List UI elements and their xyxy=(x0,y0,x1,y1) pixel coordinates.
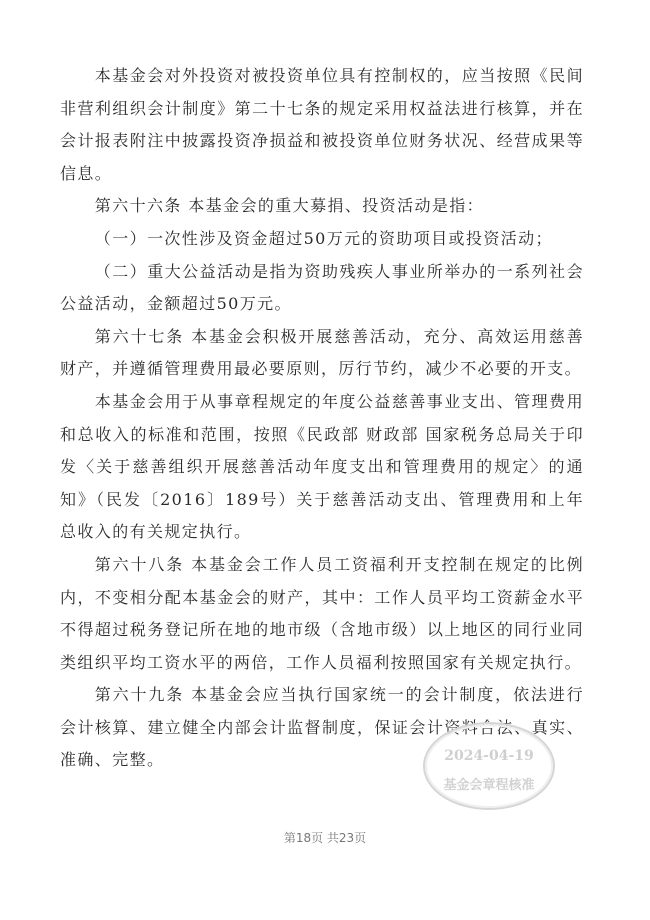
paragraph-article-67: 第六十七条 本基金会积极开展慈善活动，充分、高效运用慈善财产，并遵循管理费用最必… xyxy=(60,321,584,386)
page-indicator: 第18页 共23页 xyxy=(0,829,650,846)
stamp-date: 2024-04-19 xyxy=(425,748,553,764)
stamp-label: 基金会章程核准 xyxy=(425,774,553,793)
paragraph-equity-method: 本基金会对外投资对被投资单位具有控制权的，应当按照《民间非营利组织会计制度》第二… xyxy=(60,60,584,190)
paragraph-article-66: 第六十六条 本基金会的重大募捐、投资活动是指： xyxy=(60,190,584,223)
paragraph-expenditure-standards: 本基金会用于从事章程规定的年度公益慈善事业支出、管理费用和总收入的标准和范围，按… xyxy=(60,386,584,549)
approval-stamp: 2024-04-19 基金会章程核准 xyxy=(423,722,555,810)
paragraph-article-66-item-1: （一）一次性涉及资金超过50万元的资助项目或投资活动； xyxy=(60,223,584,256)
paragraph-article-66-item-2: （二）重大公益活动是指为资助残疾人事业所举办的一系列社会公益活动，金额超过50万… xyxy=(60,256,584,321)
paragraph-article-68: 第六十八条 本基金会工作人员工资福利开支控制在规定的比例内，不变相分配本基金会的… xyxy=(60,549,584,679)
document-page: 本基金会对外投资对被投资单位具有控制权的，应当按照《民间非营利组织会计制度》第二… xyxy=(0,0,650,920)
document-body: 本基金会对外投资对被投资单位具有控制权的，应当按照《民间非营利组织会计制度》第二… xyxy=(60,60,584,777)
